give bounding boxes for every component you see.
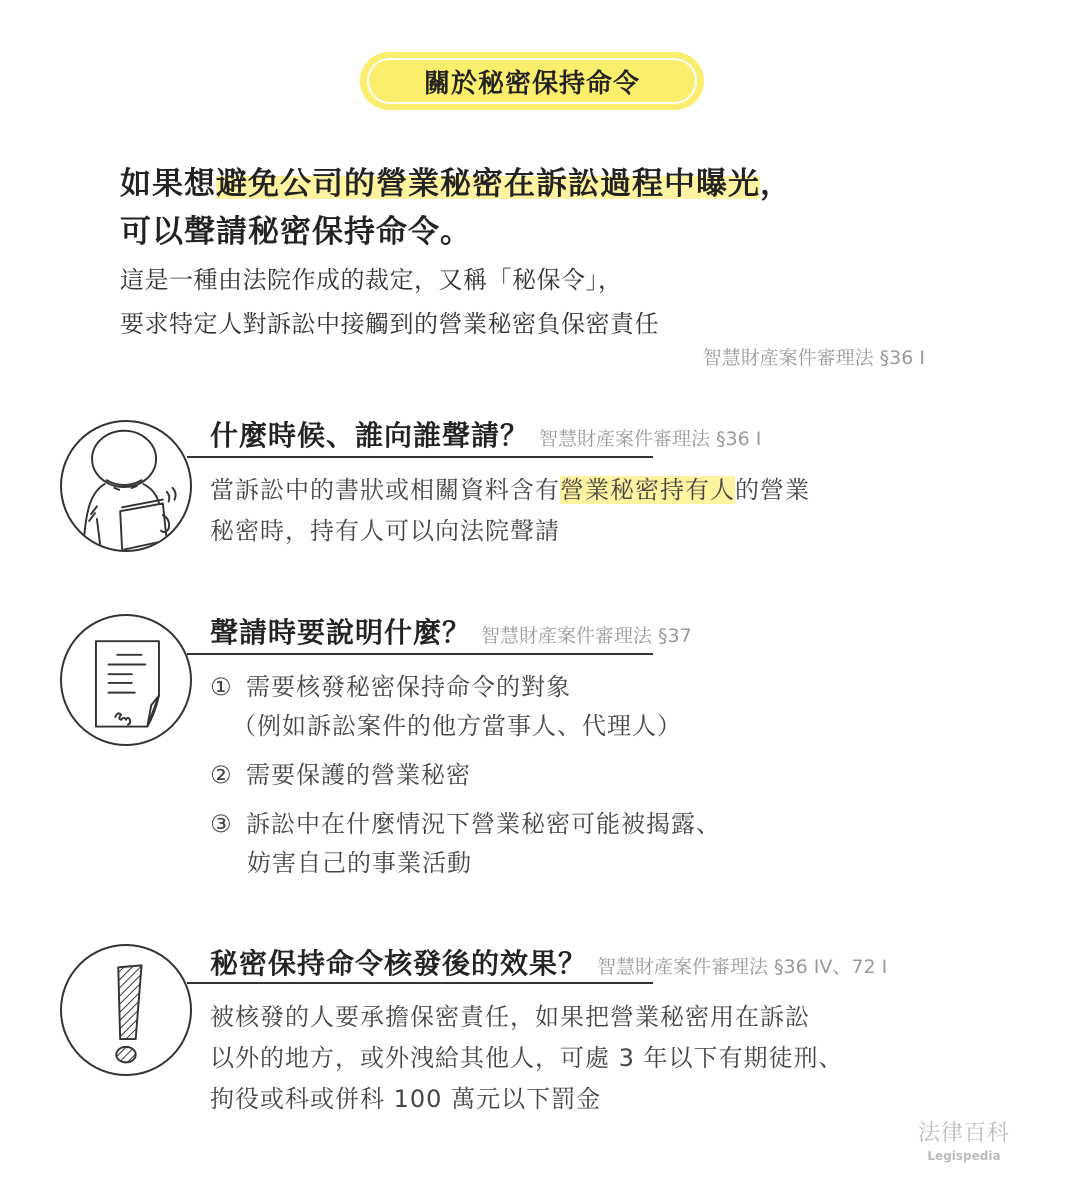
section-1-law-reference: 智慧財產案件審理法 §36 I (539, 428, 761, 450)
page-title: 關於秘密保持命令 (424, 63, 640, 100)
section-1-heading: 什麼時候、誰向誰聲請？智慧財產案件審理法 §36 I (210, 414, 761, 454)
headline-highlight: 避免公司的營業秘密在訴訟過程中曝光 (216, 166, 760, 202)
section-2-list: ①需要核發秘密保持命令的對象 （例如訴訟案件的他方當事人、代理人） ②需要保護的… (210, 668, 970, 883)
section-2-law-reference: 智慧財產案件審理法 §37 (481, 625, 692, 647)
brand-name-zh: 法律百科 (912, 1116, 1016, 1147)
brand-name-en: Legispedia (912, 1149, 1016, 1163)
intro-line-1: 這是一種由法院作成的裁定，又稱「秘保令」， (120, 258, 940, 302)
section-1-body-pre: 當訴訟中的書狀或相關資料含有 (210, 476, 560, 504)
section-2-title: 聲請時要說明什麼？ (210, 616, 471, 649)
headline: 如果想避免公司的營業秘密在訴訟過程中曝光， 可以聲請秘密保持命令。 (120, 160, 960, 256)
intro-line-2: 要求特定人對訴訟中接觸到的營業秘密負保密責任 (120, 302, 940, 346)
headline-line2: 可以聲請秘密保持命令。 (120, 214, 472, 250)
section-3-heading: 秘密保持命令核發後的效果？智慧財產案件審理法 §36 IV、72 I (210, 942, 887, 982)
section-3-title: 秘密保持命令核發後的效果？ (210, 947, 587, 980)
section-1-body: 當訴訟中的書狀或相關資料含有營業秘密持有人的營業 秘密時，持有人可以向法院聲請 (210, 470, 970, 552)
list-item-2-number: ② (210, 756, 246, 795)
section-3-divider (187, 982, 653, 984)
signed-document-icon (60, 614, 192, 746)
section-2-divider (187, 653, 653, 655)
title-badge: 關於秘密保持命令 (360, 52, 704, 110)
headline-line1-pre: 如果想 (120, 166, 216, 202)
section-1-body-post: 的營業 (735, 476, 810, 504)
section-3-law-reference: 智慧財產案件審理法 §36 IV、72 I (597, 956, 887, 978)
section-1-divider (187, 456, 653, 458)
list-item-2: ②需要保護的營業秘密 (210, 756, 970, 795)
brand-logo: 法律百科 Legispedia (912, 1116, 1016, 1163)
list-item-1-number: ① (210, 668, 246, 707)
list-item-3-number: ③ (210, 805, 246, 844)
list-item-3-subtext: 妨害自己的事業活動 (210, 844, 970, 883)
list-item-1-subtext: （例如訴訟案件的他方當事人、代理人） (210, 707, 970, 746)
intro-text: 這是一種由法院作成的裁定，又稱「秘保令」， 要求特定人對訴訟中接觸到的營業秘密負… (120, 258, 940, 346)
section-3-line-2: 以外的地方，或外洩給其他人，可處 3 年以下有期徒刑、 (210, 1038, 970, 1079)
section-1-body-line2: 秘密時，持有人可以向法院聲請 (210, 517, 560, 545)
title-badge-inner: 關於秘密保持命令 (367, 58, 697, 104)
list-item-1-text: 需要核發秘密保持命令的對象 (246, 673, 571, 701)
section-3-line-1: 被核發的人要承擔保密責任，如果把營業秘密用在訴訟 (210, 997, 970, 1038)
list-item-2-text: 需要保護的營業秘密 (246, 761, 471, 789)
section-1-body-highlight: 營業秘密持有人 (560, 476, 735, 504)
list-item-3: ③訴訟中在什麼情況下營業秘密可能被揭露、 (210, 805, 970, 844)
section-2-heading: 聲請時要說明什麼？智慧財產案件審理法 §37 (210, 611, 692, 651)
exclamation-icon (60, 944, 192, 1076)
intro-law-reference: 智慧財產案件審理法 §36 I (703, 343, 925, 370)
person-reading-document-icon (60, 420, 192, 552)
section-1-title: 什麼時候、誰向誰聲請？ (210, 419, 529, 452)
list-item-3-text: 訴訟中在什麼情況下營業秘密可能被揭露、 (246, 810, 721, 838)
headline-line1-post: ， (760, 166, 792, 202)
section-3-body: 被核發的人要承擔保密責任，如果把營業秘密用在訴訟 以外的地方，或外洩給其他人，可… (210, 997, 970, 1120)
list-item-1: ①需要核發秘密保持命令的對象 (210, 668, 970, 707)
section-3-line-3: 拘役或科或併科 100 萬元以下罰金 (210, 1079, 970, 1120)
